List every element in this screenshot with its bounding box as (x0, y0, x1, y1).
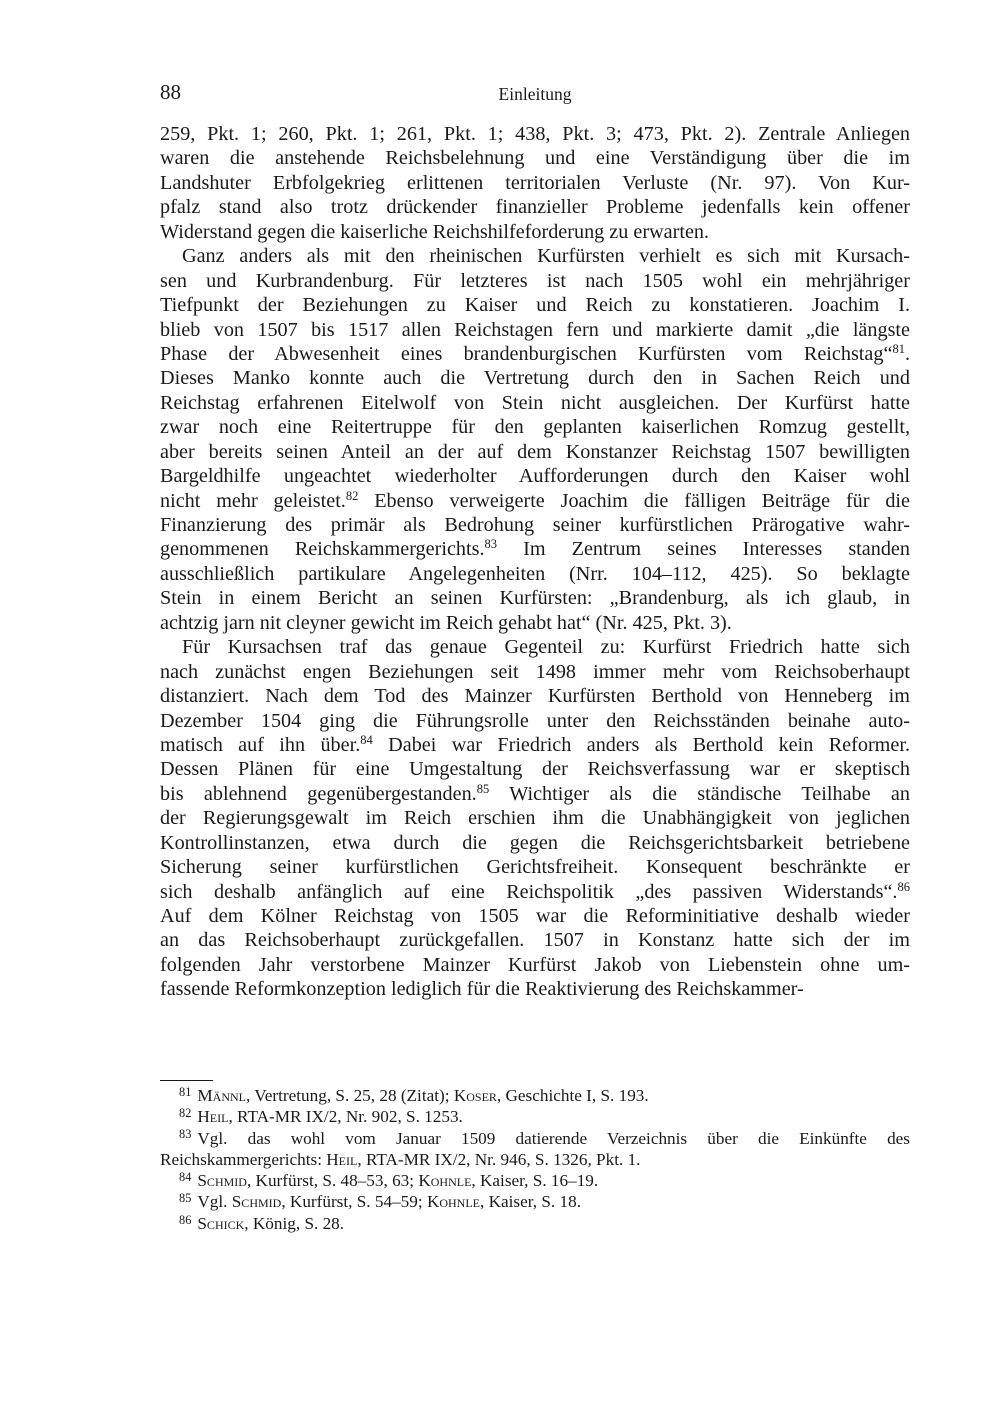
text-span: matisch auf ihn über. (160, 734, 360, 756)
text-span: an das Reichsoberhaupt zurückgefallen. 1… (160, 929, 910, 951)
text-line: Ganz anders als mit den rheinischen Kurf… (160, 244, 910, 268)
text-line: pfalz stand also trotz drückender finanz… (160, 195, 910, 219)
text-span: ausschließlich partikulare Angelegenheit… (160, 563, 910, 585)
text-line: nach zunächst engen Beziehungen seit 149… (160, 660, 910, 684)
footnote-text: Vgl. das wohl vom Januar 1509 datierende… (197, 1129, 910, 1148)
footnote-text: , König, S. 28. (244, 1214, 344, 1233)
footnote-83: 83Vgl. das wohl vom Januar 1509 datieren… (160, 1128, 910, 1149)
author-name: Schmid (232, 1192, 282, 1211)
footnote-text: , Vertretung, S. 25, 28 (Zitat); (246, 1086, 454, 1105)
text-line: genommenen Reichskammergerichts.83 Im Ze… (160, 537, 910, 561)
text-span: Wichtiger als die ständische Teilhabe an (489, 783, 910, 805)
text-span: Phase der Abwesenheit eines brandenburgi… (160, 343, 892, 365)
body-text: 259, Pkt. 1; 260, Pkt. 1; 261, Pkt. 1; 4… (160, 122, 910, 1002)
text-line: aber bereits seinen Anteil an der auf de… (160, 440, 910, 464)
text-line: sen und Kurbrandenburg. Für letzteres is… (160, 269, 910, 293)
text-span: nach zunächst engen Beziehungen seit 149… (160, 661, 910, 683)
footnote-number: 84 (179, 1170, 191, 1184)
text-line: Finanzierung des primär als Bedrohung se… (160, 513, 910, 537)
text-span: Im Zentrum seines Interesses standen (497, 538, 910, 560)
text-line: 259, Pkt. 1; 260, Pkt. 1; 261, Pkt. 1; 4… (160, 122, 910, 146)
text-span: Landshuter Erbfolgekrieg erlittenen terr… (160, 172, 910, 194)
footnote-text: , Kaiser, S. 18. (480, 1192, 581, 1211)
author-name: Schmid (197, 1171, 247, 1190)
text-span: distanziert. Nach dem Tod des Mainzer Ku… (160, 685, 910, 707)
author-name: Heil (326, 1150, 357, 1169)
text-line: waren die anstehende Reichsbelehnung und… (160, 146, 910, 170)
text-line: nicht mehr geleistet.82 Ebenso verweiger… (160, 489, 910, 513)
footnote-number: 86 (179, 1213, 191, 1227)
text-line: an das Reichsoberhaupt zurückgefallen. 1… (160, 928, 910, 952)
text-span: sich deshalb anfänglich auf eine Reichsp… (160, 881, 897, 903)
text-line: zwar noch eine Reitertruppe für den gepl… (160, 415, 910, 439)
text-line: Kontrollinstanzen, etwa durch die gegen … (160, 831, 910, 855)
text-line: Sicherung seiner kurfürstlichen Gerichts… (160, 855, 910, 879)
footnotes: 81Männl, Vertretung, S. 25, 28 (Zitat); … (160, 1085, 910, 1234)
text-line: Dessen Plänen für eine Umgestaltung der … (160, 757, 910, 781)
text-span: Dieses Manko konnte auch die Vertretung … (160, 367, 910, 389)
text-span: aber bereits seinen Anteil an der auf de… (160, 441, 910, 463)
text-span: der Regierungsgewalt im Reich erschien i… (160, 807, 910, 829)
text-line: Für Kursachsen traf das genaue Gegenteil… (160, 635, 910, 659)
text-span: zwar noch eine Reitertruppe für den gepl… (160, 416, 910, 438)
text-line: fassende Reformkonzeption lediglich für … (160, 977, 910, 1001)
text-span: waren die anstehende Reichsbelehnung und… (160, 147, 910, 169)
author-name: Heil (197, 1107, 228, 1126)
text-span: Auf dem Kölner Reichstag von 1505 war di… (160, 905, 910, 927)
text-span: Finanzierung des primär als Bedrohung se… (160, 514, 910, 536)
text-line: matisch auf ihn über.84 Dabei war Friedr… (160, 733, 910, 757)
author-name: Kohnle (418, 1171, 471, 1190)
footnote-ref[interactable]: 83 (485, 538, 498, 552)
text-line: Bargeldhilfe ungeachtet wiederholter Auf… (160, 464, 910, 488)
author-name: Männl (197, 1086, 246, 1105)
footnote-82: 82Heil, RTA-MR IX/2, Nr. 902, S. 1253. (160, 1106, 910, 1127)
text-span: Dabei war Friedrich anders als Berthold … (373, 734, 910, 756)
text-span: blieb von 1507 bis 1517 allen Reichstage… (160, 319, 910, 341)
text-span: fassende Reformkonzeption lediglich für … (160, 978, 804, 1000)
text-span: 259, Pkt. 1; 260, Pkt. 1; 261, Pkt. 1; 4… (160, 123, 910, 145)
text-line: Auf dem Kölner Reichstag von 1505 war di… (160, 904, 910, 928)
text-line: Landshuter Erbfolgekrieg erlittenen terr… (160, 171, 910, 195)
text-line: Stein in einem Bericht an seinen Kurfürs… (160, 586, 910, 610)
text-line: Dezember 1504 ging die Führungsrolle unt… (160, 709, 910, 733)
footnote-ref[interactable]: 81 (892, 342, 905, 356)
text-span: Widerstand gegen die kaiserliche Reichsh… (160, 221, 709, 243)
text-span: folgenden Jahr verstorbene Mainzer Kurfü… (160, 954, 910, 976)
footnote-text: , RTA-MR IX/2, Nr. 902, S. 1253. (228, 1107, 462, 1126)
text-span: achtzig jarn nit cleyner gewicht im Reic… (160, 612, 732, 634)
text-line: Tiefpunkt der Beziehungen zu Kaiser und … (160, 293, 910, 317)
footnote-text: Vgl. (197, 1192, 231, 1211)
footnote-separator (160, 1080, 213, 1081)
footnote-ref[interactable]: 84 (360, 733, 373, 747)
footnote-text: , RTA-MR IX/2, Nr. 946, S. 1326, Pkt. 1. (357, 1150, 640, 1169)
text-span: Bargeldhilfe ungeachtet wiederholter Auf… (160, 465, 910, 487)
footnote-84: 84Schmid, Kurfürst, S. 48–53, 63; Kohnle… (160, 1170, 910, 1191)
footnote-text: Reichskammergerichts: (160, 1150, 326, 1169)
text-span: Sicherung seiner kurfürstlichen Gerichts… (160, 856, 910, 878)
footnote-ref[interactable]: 85 (477, 782, 490, 796)
text-span: Kontrollinstanzen, etwa durch die gegen … (160, 832, 910, 854)
footnote-ref[interactable]: 82 (346, 489, 359, 503)
author-name: Koser (454, 1086, 497, 1105)
text-span: . (905, 343, 910, 365)
text-span: pfalz stand also trotz drückender finanz… (160, 196, 910, 218)
footnote-text: , Geschichte I, S. 193. (497, 1086, 649, 1105)
footnote-text: , Kaiser, S. 16–19. (471, 1171, 598, 1190)
text-span: nicht mehr geleistet. (160, 490, 346, 512)
text-line: sich deshalb anfänglich auf eine Reichsp… (160, 880, 910, 904)
text-span: Stein in einem Bericht an seinen Kurfürs… (160, 587, 910, 609)
text-line: achtzig jarn nit cleyner gewicht im Reic… (160, 611, 910, 635)
text-line: Reichstag erfahrenen Eitelwolf von Stein… (160, 391, 910, 415)
text-span: Reichstag erfahrenen Eitelwolf von Stein… (160, 392, 910, 414)
text-span: Dezember 1504 ging die Führungsrolle unt… (160, 710, 910, 732)
text-line: folgenden Jahr verstorbene Mainzer Kurfü… (160, 953, 910, 977)
text-line: Dieses Manko konnte auch die Vertretung … (160, 366, 910, 390)
text-line: der Regierungsgewalt im Reich erschien i… (160, 806, 910, 830)
footnote-number: 85 (179, 1191, 191, 1205)
text-line: blieb von 1507 bis 1517 allen Reichstage… (160, 318, 910, 342)
text-span: Ebenso verweigerte Joachim die fälligen … (358, 490, 910, 512)
text-span: Dessen Plänen für eine Umgestaltung der … (160, 758, 910, 780)
text-line: ausschließlich partikulare Angelegenheit… (160, 562, 910, 586)
footnote-number: 81 (179, 1085, 191, 1099)
footnote-number: 83 (179, 1127, 191, 1141)
text-span: genommenen Reichskammergerichts. (160, 538, 485, 560)
text-line: distanziert. Nach dem Tod des Mainzer Ku… (160, 684, 910, 708)
text-span: Für Kursachsen traf das genaue Gegenteil… (182, 636, 910, 658)
text-span: sen und Kurbrandenburg. Für letzteres is… (160, 270, 910, 292)
author-name: Schick (197, 1214, 244, 1233)
footnote-83-continuation: Reichskammergerichts: Heil, RTA-MR IX/2,… (160, 1149, 910, 1170)
text-span: bis ablehnend gegenübergestanden. (160, 783, 477, 805)
footnote-81: 81Männl, Vertretung, S. 25, 28 (Zitat); … (160, 1085, 910, 1106)
footnote-text: , Kurfürst, S. 54–59; (281, 1192, 427, 1211)
footnote-85: 85Vgl. Schmid, Kurfürst, S. 54–59; Kohnl… (160, 1191, 910, 1212)
text-span: Tiefpunkt der Beziehungen zu Kaiser und … (160, 294, 910, 316)
text-line: bis ablehnend gegenübergestanden.85 Wich… (160, 782, 910, 806)
footnote-86: 86Schick, König, S. 28. (160, 1213, 910, 1234)
text-line: Phase der Abwesenheit eines brandenburgi… (160, 342, 910, 366)
footnote-text: , Kurfürst, S. 48–53, 63; (247, 1171, 418, 1190)
author-name: Kohnle (427, 1192, 480, 1211)
footnote-ref[interactable]: 86 (897, 880, 910, 894)
running-head: Einleitung (160, 82, 910, 106)
footnote-number: 82 (179, 1106, 191, 1120)
text-line: Widerstand gegen die kaiserliche Reichsh… (160, 220, 910, 244)
text-span: Ganz anders als mit den rheinischen Kurf… (182, 245, 910, 267)
